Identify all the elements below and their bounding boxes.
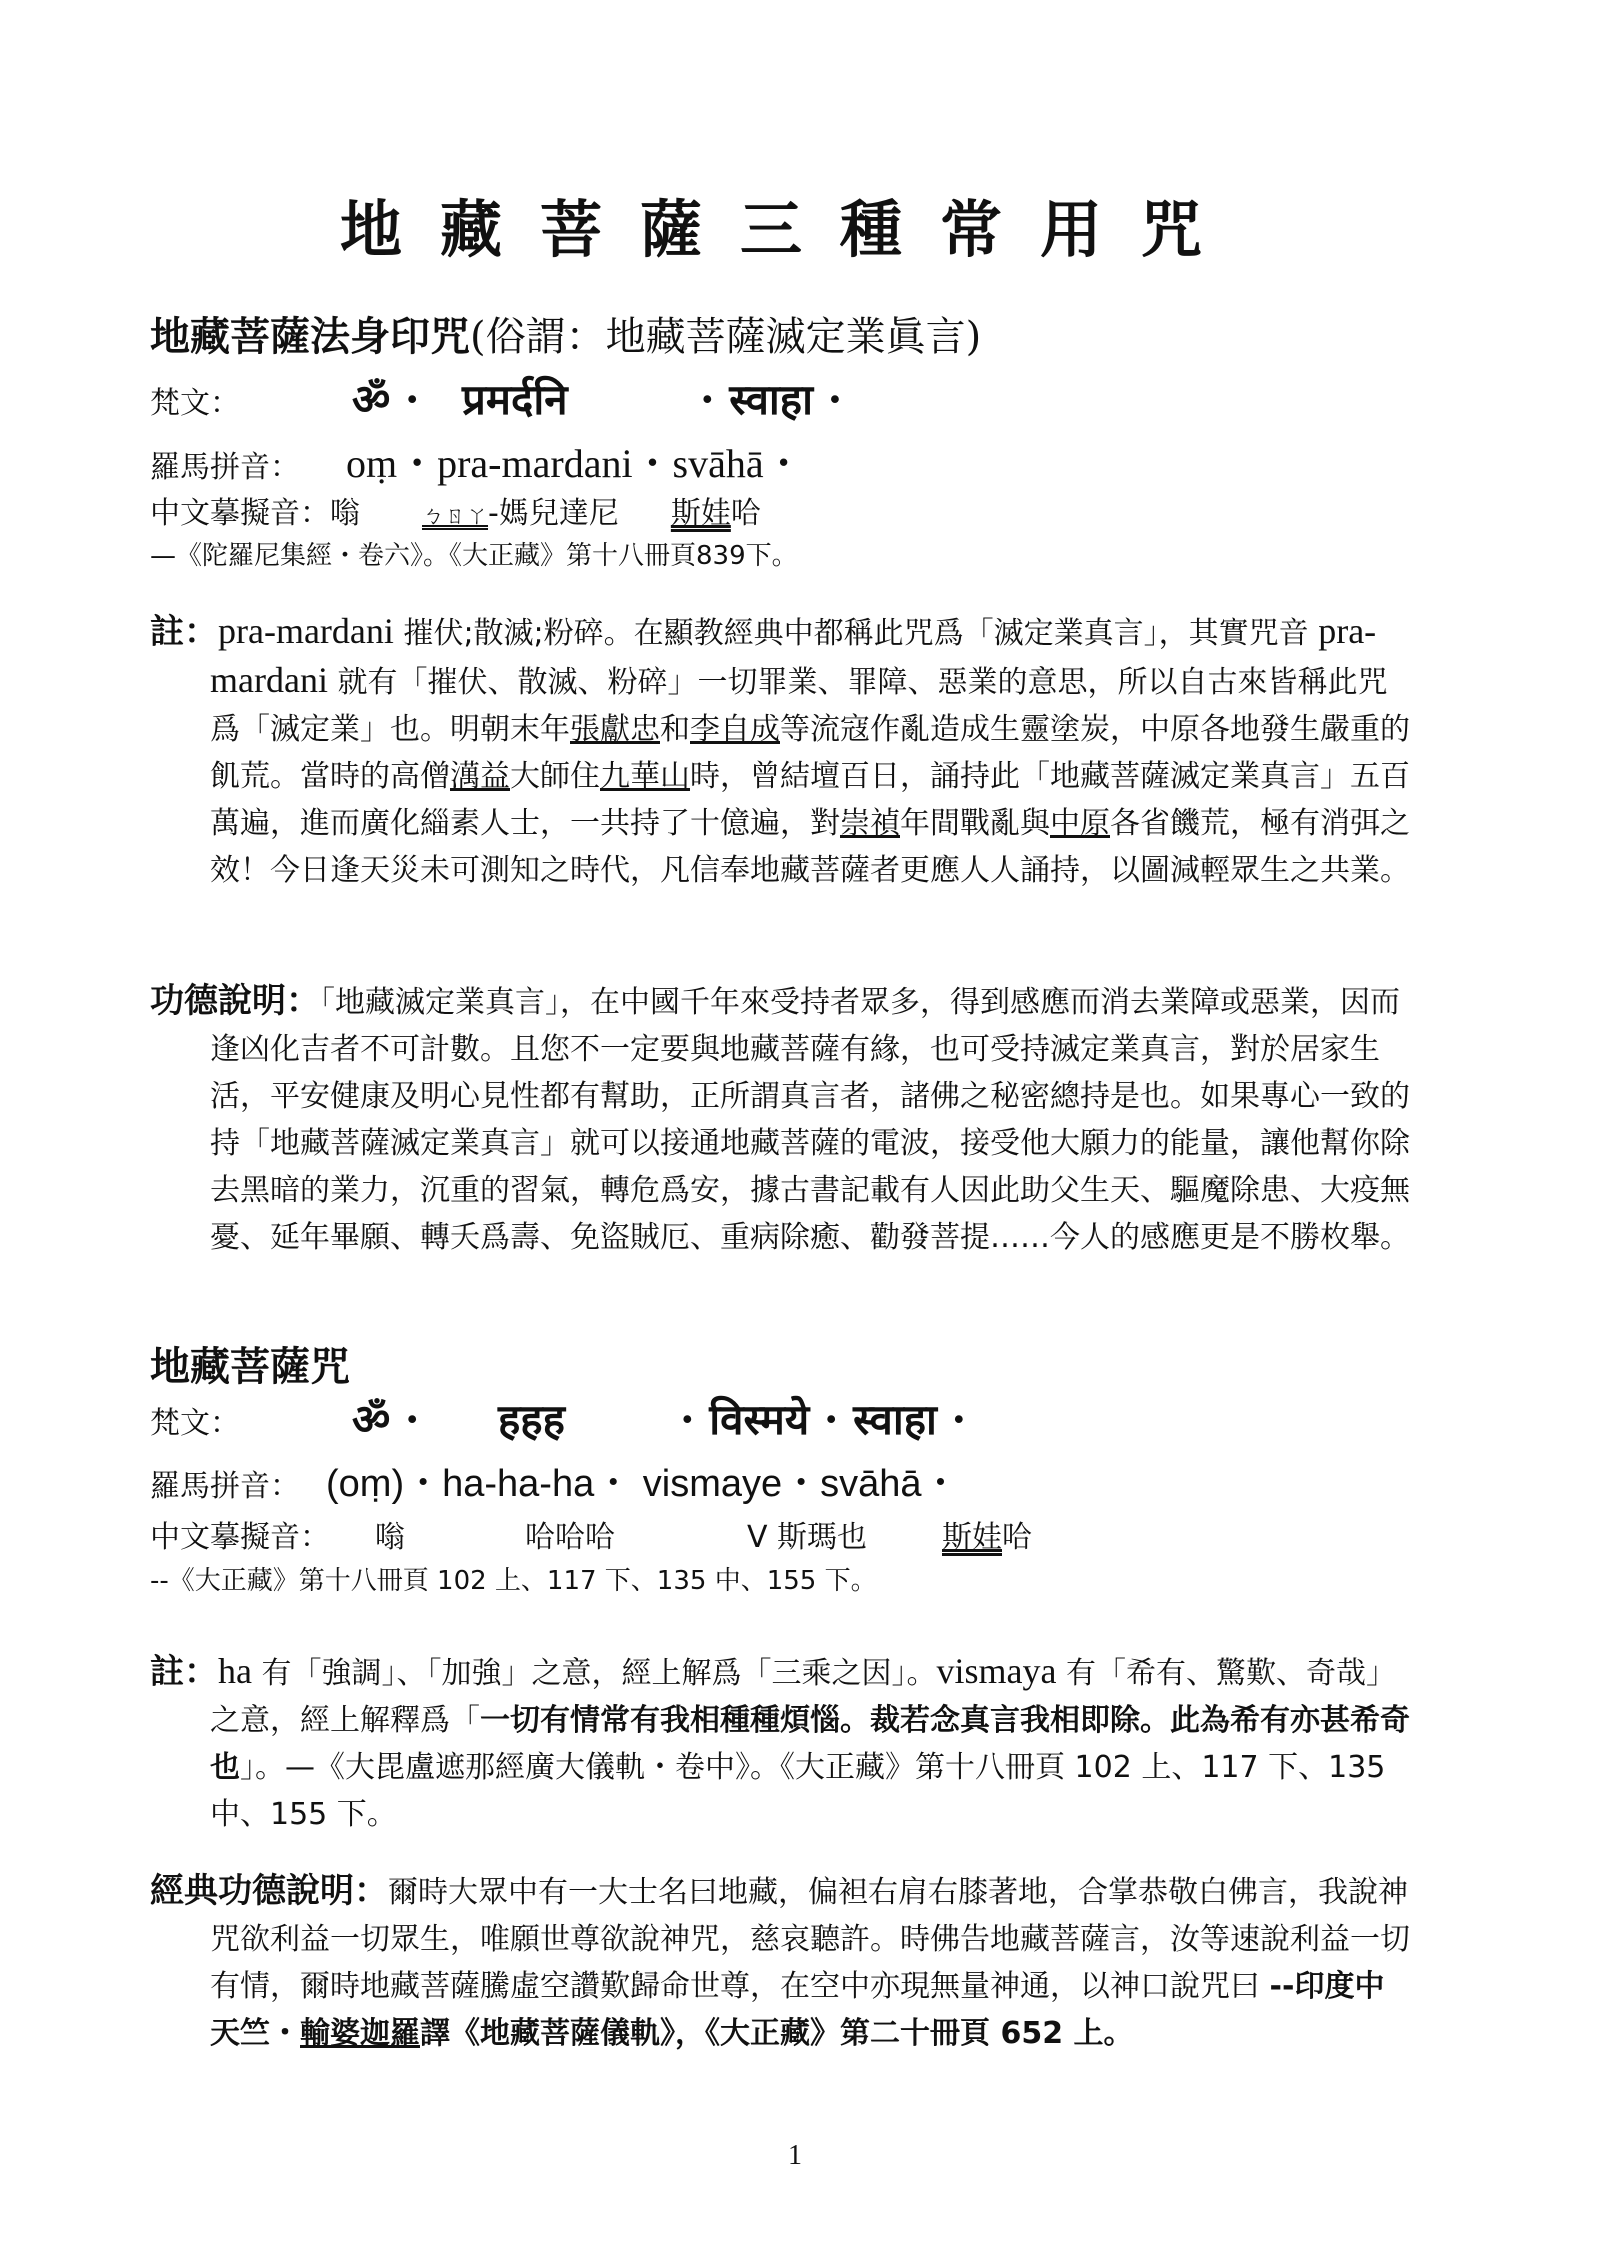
section1-chinese-mardani: -媽兒達尼: [488, 496, 619, 531]
section2-roman-row: 羅馬拼音：(oṃ)・ha-ha-ha・ vismaye・svāhā・: [150, 1452, 960, 1507]
section2-merit-lead: 經典功德說明：: [150, 1871, 388, 1911]
section1-merit-lead: 功德說明：: [150, 981, 320, 1021]
section1-heading-main: 地藏菩薩法身印咒: [150, 314, 470, 360]
note-name: 崇禎: [840, 806, 900, 841]
note-text: 大師住: [510, 759, 600, 794]
note-name: 澫益: [450, 759, 510, 794]
section2-chinese-sva: 斯娃: [942, 1520, 1002, 1555]
note-name: 中原: [1050, 806, 1110, 841]
section1-chinese-om: 嗡: [330, 496, 360, 531]
section2-note-lead: 註：: [150, 1652, 218, 1692]
section2-merit: 經典功德說明：爾時大眾中有一大士名曰地藏，偏袒右肩右膝著地，合掌恭敬白佛言，我說…: [150, 1868, 1410, 2057]
section1-note: 註：pra-mardani 摧伏;散滅;粉碎。在顯教經典中都稱此咒爲「滅定業真言…: [150, 608, 1410, 894]
section1-sanskrit-pramardani: प्रमर्दनि: [462, 370, 568, 427]
note-term: vismaya: [937, 1651, 1057, 1691]
section2-sanskrit-vismaye-svaha: · विस्मये · स्वाहा ·: [680, 1390, 966, 1447]
document-page: 地藏菩薩三種常用咒 地藏菩薩法身印咒(俗謂：地藏菩薩滅定業眞言) 梵文： ॐ ·…: [0, 0, 1600, 2263]
section2-chinese-hahaha: 哈哈哈: [525, 1512, 747, 1556]
page-number: 1: [788, 2140, 802, 2172]
section1-roman-row: 羅馬拼音：oṃ・pra-mardani・svāhā・: [150, 432, 804, 489]
note-text: 和: [660, 712, 690, 747]
section1-sanskrit-svaha: · स्वाहा ·: [700, 370, 842, 427]
note-text: 有「強調」、「加強」之意，經上解爲「三乘之因」。: [252, 1656, 937, 1691]
section1-citation: —《陀羅尼集經・卷六》。《大正藏》第十八冊頁839下。: [150, 535, 798, 572]
section1-note-lead: 註：: [150, 612, 218, 652]
page-title: 地藏菩薩三種常用咒: [340, 180, 1240, 269]
section2-chinese-vismaye: V 斯瑪也: [747, 1512, 942, 1556]
section2-chinese-ha: 哈: [1002, 1520, 1032, 1555]
section1-heading-sub: (俗謂：地藏菩薩滅定業眞言): [470, 314, 981, 360]
section1-chinese-label: 中文摹擬音：: [150, 496, 330, 531]
section1-roman-text: oṃ・pra-mardani・svāhā・: [346, 441, 804, 486]
merit-text: 爾時大眾中有一大士名曰地藏，偏袒右肩右膝著地，合掌恭敬白佛言，我說神咒欲利益一切…: [210, 1875, 1410, 2004]
section2-roman-label: 羅馬拼音：: [150, 1461, 326, 1505]
section2-sanskrit-label: 梵文：: [150, 1398, 240, 1442]
section2-citation: --《大正藏》第十八冊頁 102 上、117 下、135 中、155 下。: [150, 1560, 877, 1597]
section1-sanskrit-label: 梵文：: [150, 378, 240, 422]
section2-chinese-label: 中文摹擬音：: [150, 1512, 375, 1556]
section1-merit-text: 「地藏滅定業真言」，在中國千年來受持者眾多，得到感應而消去業障或惡業，因而逢凶化…: [210, 985, 1410, 1255]
note-text: 年間戰亂與: [900, 806, 1050, 841]
merit-source: 譯《地藏菩薩儀軌》，《大正藏》第二十冊頁 652 上。: [420, 2016, 1134, 2051]
section1-chinese-sva: 斯娃: [671, 496, 731, 531]
section1-chinese-ha: 哈: [731, 496, 761, 531]
section2-sanskrit-hahaha: हहह: [498, 1390, 565, 1447]
section2-roman-text: (oṃ)・ha-ha-ha・ vismaye・svāhā・: [326, 1463, 960, 1505]
note-text: 」。—《大毘盧遮那經廣大儀軌・卷中》。《大正藏》第十八冊頁 102 上、117 …: [210, 1750, 1385, 1832]
note-name: 李自成: [690, 712, 780, 747]
section1-sanskrit-om: ॐ ·: [352, 370, 420, 427]
section1-merit: 功德說明：「地藏滅定業真言」，在中國千年來受持者眾多，得到感應而消去業障或惡業，…: [150, 978, 1410, 1261]
section1-heading: 地藏菩薩法身印咒(俗謂：地藏菩薩滅定業眞言): [150, 305, 981, 362]
note-name: 張獻忠: [570, 712, 660, 747]
section2-note: 註：ha 有「強調」、「加強」之意，經上解爲「三乘之因」。vismaya 有「希…: [150, 1648, 1410, 1838]
section1-chinese-row: 中文摹擬音：嗡ㄅㄖㄚ-媽兒達尼斯娃哈: [150, 488, 761, 532]
section2-chinese-row: 中文摹擬音：嗡哈哈哈V 斯瑪也斯娃哈: [150, 1512, 1032, 1556]
note-text: 摧伏;散滅;粉碎。在顯教經典中都稱此咒爲「滅定業真言」，其實咒音: [394, 616, 1318, 651]
merit-translator: 輸婆迦羅: [300, 2016, 420, 2051]
section1-chinese-bopomofo: ㄅㄖㄚ: [422, 504, 488, 529]
note-term: ha: [218, 1651, 252, 1691]
note-name: 九華山: [600, 759, 690, 794]
section2-heading: 地藏菩薩咒: [150, 1335, 350, 1392]
section2-chinese-om: 嗡: [375, 1512, 525, 1556]
section2-sanskrit-om: ॐ ·: [352, 1390, 420, 1447]
section1-roman-label: 羅馬拼音：: [150, 442, 346, 486]
note-term: pra-mardani: [218, 611, 394, 651]
